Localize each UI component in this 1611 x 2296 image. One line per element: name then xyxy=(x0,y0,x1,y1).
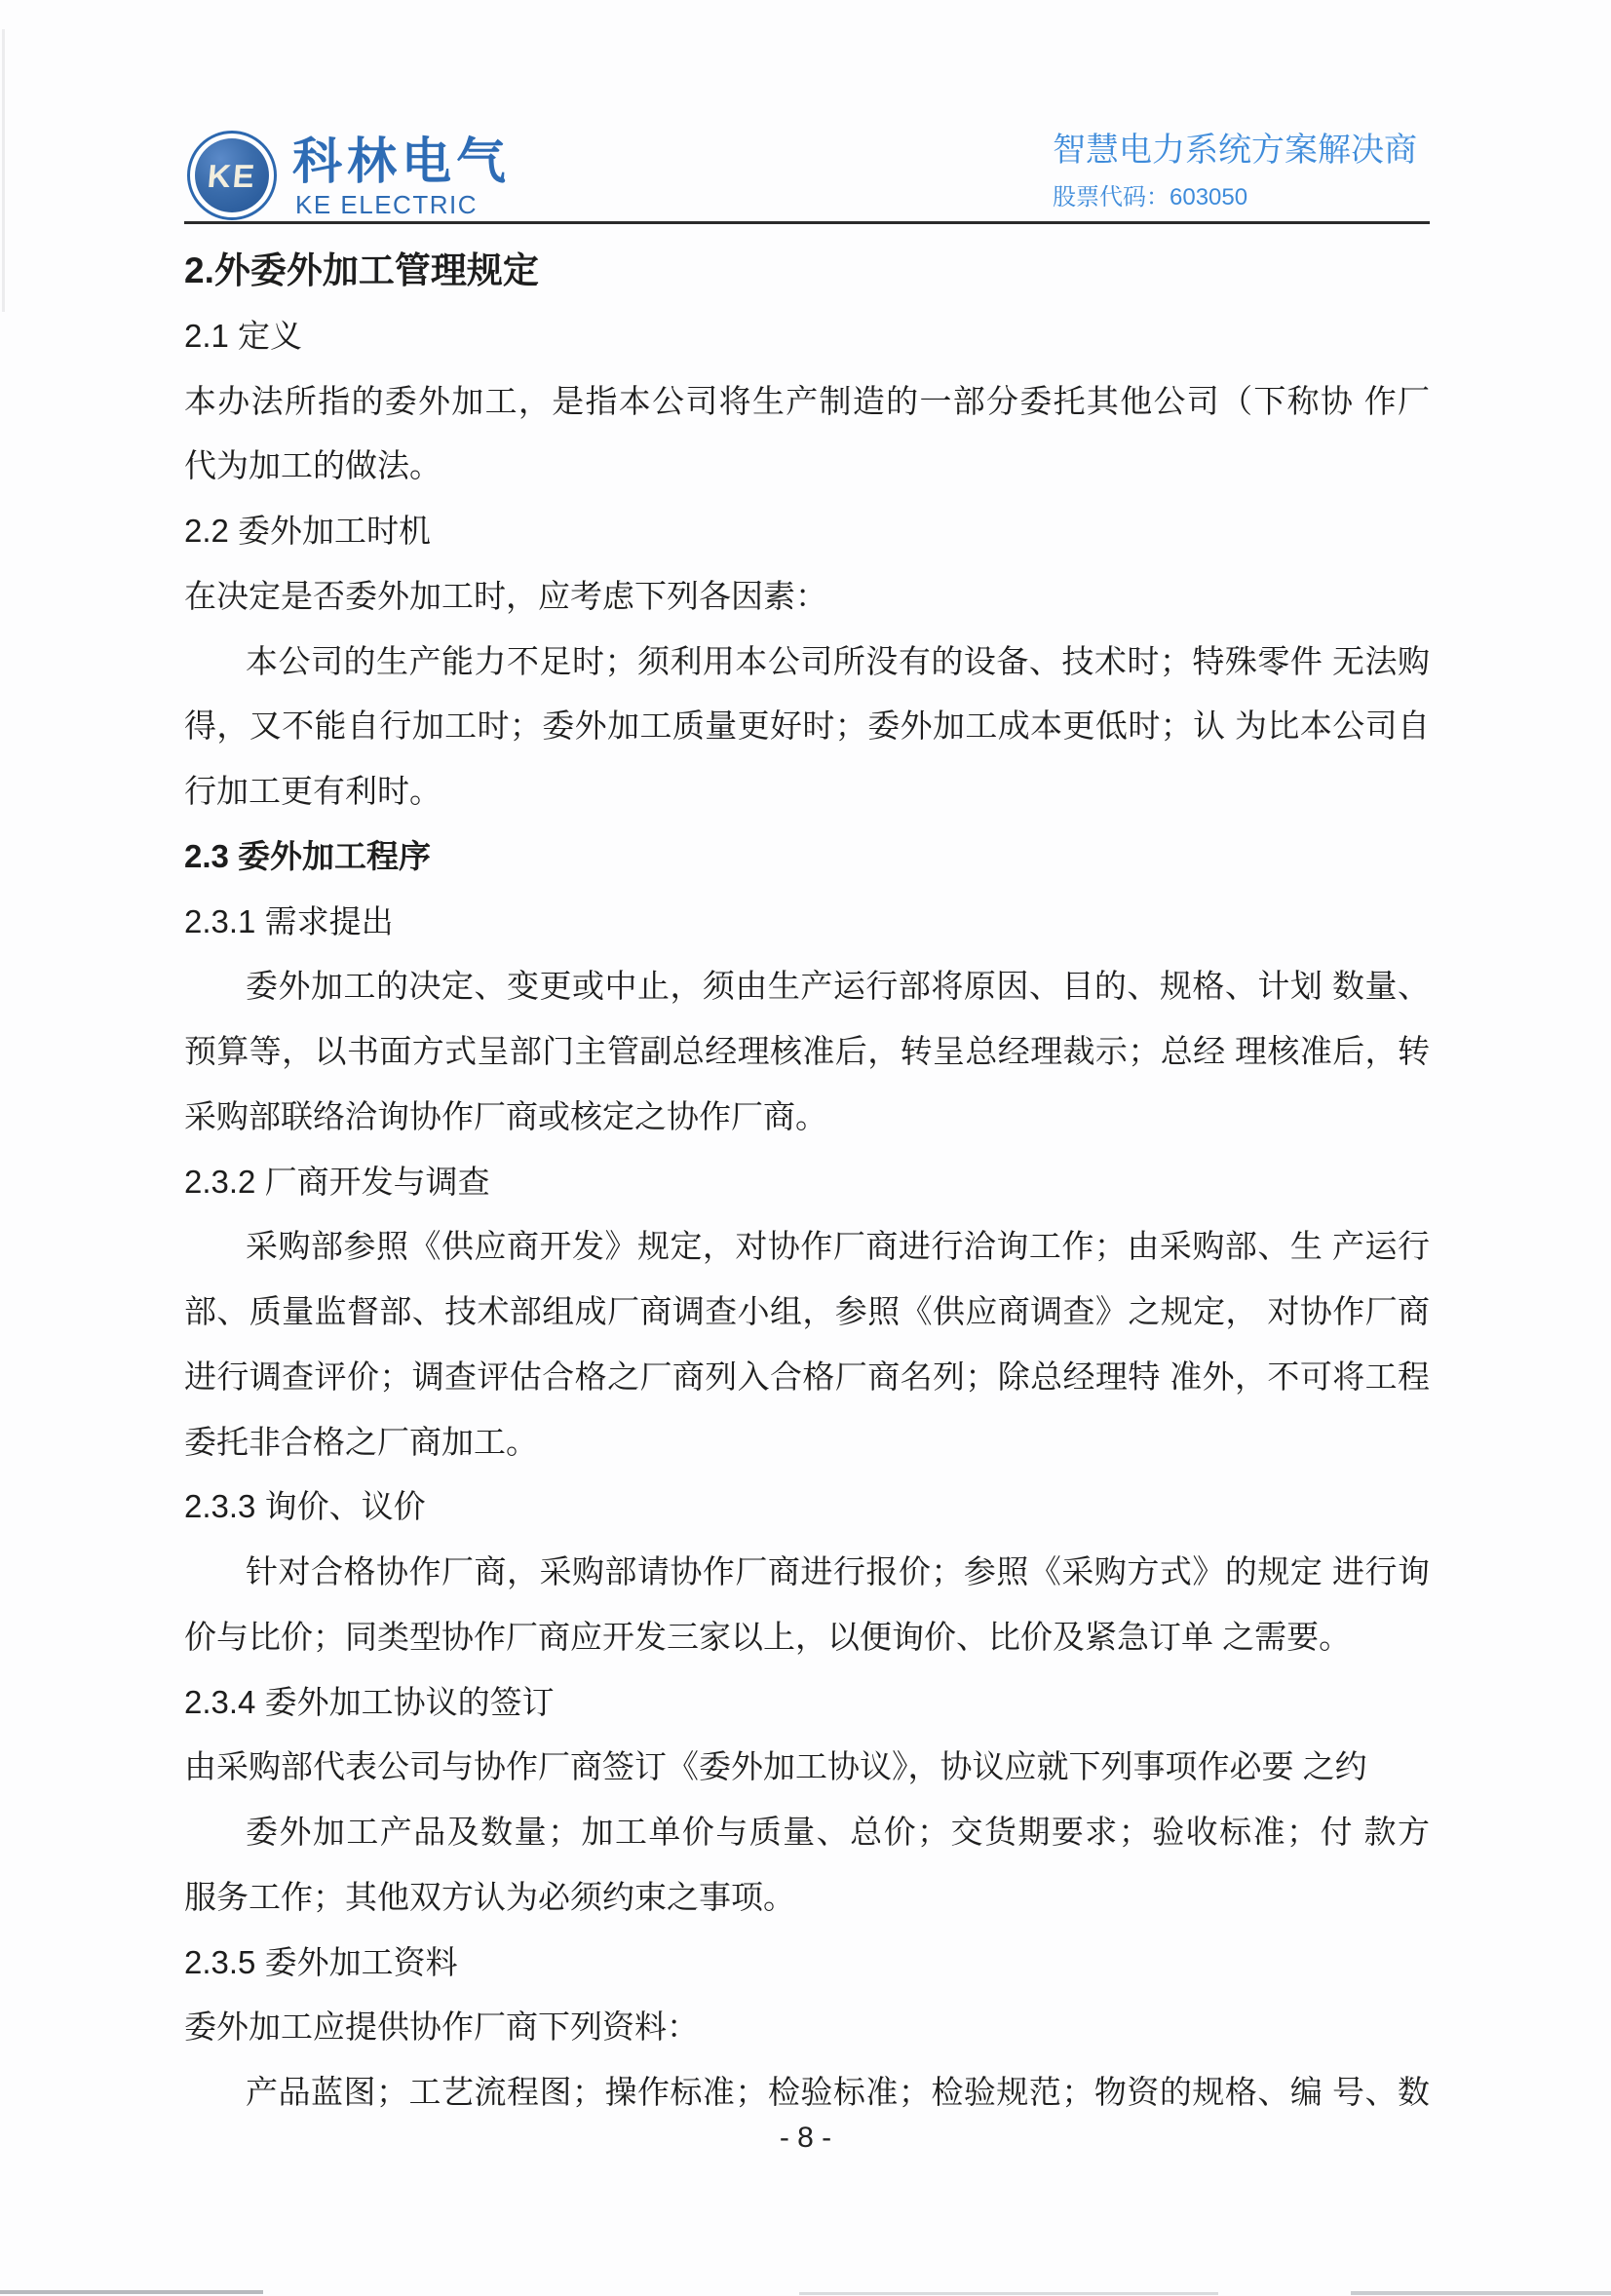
paragraph-line: 进行调查评价；调查评估合格之厂商列入合格厂商名列；除总经理特 准外，不可将工程 xyxy=(184,1345,1430,1410)
section-heading: 2.3.4 委外加工协议的签订 xyxy=(184,1670,1430,1736)
scan-edge-bottom xyxy=(1351,2291,1611,2295)
paragraph-line: 委外加工的决定、变更或中止，须由生产运行部将原因、目的、规格、计划 数量、 xyxy=(184,954,1430,1019)
section-heading: 2.3.5 委外加工资料 xyxy=(184,1931,1430,1996)
paragraph-line: 采购部联络洽询协作厂商或核定之协作厂商。 xyxy=(184,1085,1430,1150)
ke-logo-inner-circle: KE xyxy=(195,138,269,212)
document-body: 2.外委外加工管理规定2.1 定义本办法所指的委外加工，是指本公司将生产制造的一… xyxy=(184,239,1430,2125)
company-name-en: KE ELECTRIC xyxy=(295,191,478,219)
paragraph-line: 委外加工产品及数量；加工单价与质量、总价；交货期要求；验收标准；付 款方式； xyxy=(184,1800,1430,1865)
ke-logo-monogram: KE xyxy=(207,160,258,192)
section-heading: 2.2 委外加工时机 xyxy=(184,499,1430,564)
section-heading: 2.3 委外加工程序 xyxy=(184,824,1430,890)
document-page: KE 科林电气 KE ELECTRIC 智慧电力系统方案解决商 股票代码：603… xyxy=(0,0,1611,2296)
paragraph-line: 得，又不能自行加工时；委外加工质量更好时；委外加工成本更低时；认 为比本公司自 xyxy=(184,694,1430,759)
paragraph-line: 预算等，以书面方式呈部门主管副总经理核准后，转呈总经理裁示；总经 理核准后，转 xyxy=(184,1019,1430,1085)
paragraph-line: 行加工更有利时。 xyxy=(184,759,1430,824)
ke-logo-icon: KE xyxy=(187,131,277,220)
scan-edge-left xyxy=(2,29,5,312)
stock-code: 股票代码：603050 xyxy=(1053,184,1247,212)
scan-edge-bottom xyxy=(799,2292,1218,2295)
paragraph-line: 价与比价；同类型协作厂商应开发三家以上，以便询价、比价及紧急订单 之需要。 xyxy=(184,1605,1430,1670)
paragraph-line: 部、质量监督部、技术部组成厂商调查小组，参照《供应商调查》之规定， 对协作厂商 xyxy=(184,1280,1430,1345)
section-heading: 2.3.2 厂商开发与调查 xyxy=(184,1150,1430,1215)
paragraph-line: 本公司的生产能力不足时；须利用本公司所没有的设备、技术时；特殊零件 无法购 xyxy=(184,630,1430,695)
paragraph-line: 服务工作；其他双方认为必须约束之事项。 xyxy=(184,1865,1430,1931)
paragraph-line: 针对合格协作厂商，采购部请协作厂商进行报价；参照《采购方式》的规定 进行询 xyxy=(184,1540,1430,1605)
section-heading: 2.1 定义 xyxy=(184,304,1430,369)
paragraph-line: 委外加工应提供协作厂商下列资料： xyxy=(184,1995,1430,2060)
section-heading: 2.3.1 需求提出 xyxy=(184,890,1430,955)
paragraph-line: 委托非合格之厂商加工。 xyxy=(184,1410,1430,1475)
section-heading: 2.3.3 询价、议价 xyxy=(184,1474,1430,1540)
header-divider xyxy=(184,221,1430,224)
scan-edge-bottom xyxy=(0,2290,263,2294)
paragraph-line: 在决定是否委外加工时，应考虑下列各因素： xyxy=(184,564,1430,630)
company-name-cn: 科林电气 xyxy=(292,134,511,189)
section-heading: 2.外委外加工管理规定 xyxy=(184,239,1430,304)
company-tagline: 智慧电力系统方案解决商 xyxy=(1053,131,1417,171)
page-number: - 8 - xyxy=(0,2117,1611,2160)
paragraph-line: 由采购部代表公司与协作厂商签订《委外加工协议》，协议应就下列事项作必要 之约定： xyxy=(184,1735,1430,1800)
paragraph-line: 本办法所指的委外加工，是指本公司将生产制造的一部分委托其他公司（下称协 作厂商） xyxy=(184,369,1430,435)
paragraph-line: 产品蓝图；工艺流程图；操作标准；检验标准；检验规范；物资的规格、编 号、数 xyxy=(184,2060,1430,2125)
paragraph-line: 代为加工的做法。 xyxy=(184,434,1430,499)
paragraph-line: 采购部参照《供应商开发》规定，对协作厂商进行洽询工作；由采购部、生 产运行 xyxy=(184,1214,1430,1280)
